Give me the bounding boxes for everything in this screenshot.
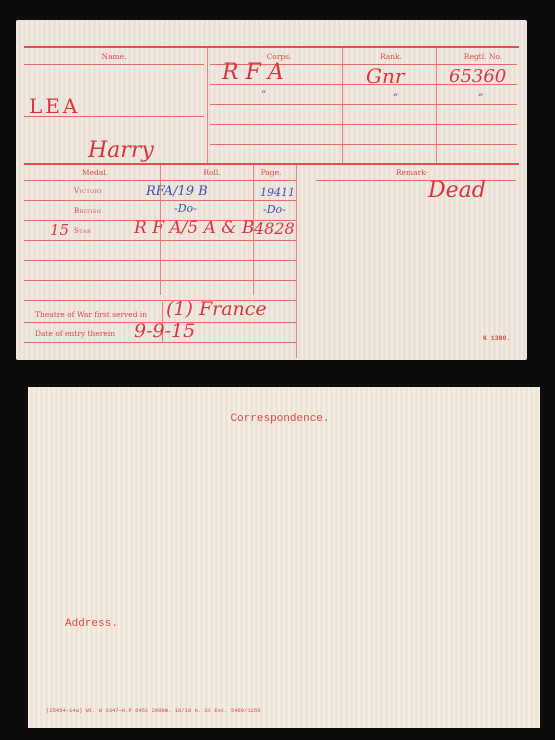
rule [210,144,517,145]
header-regtl-no: Regtl. No. [464,52,502,61]
medal-card-front: Name. Corps. Rank. Regtl. No. LEA Harry … [16,20,527,360]
remarks-value: Dead [428,178,486,203]
medal-british-label: British [74,207,101,215]
rank-value: Gnr [366,64,404,88]
rule [24,64,204,65]
theatre-value: (1) France [166,298,267,320]
printer-imprint: (25454—14a) Wt. W 3347—H.P 6451 2000m. 1… [46,707,261,714]
divider [296,165,297,358]
rule [24,260,296,261]
surname: LEA [29,94,80,118]
medal-card-back: Correspondence. Address. (25454—14a) Wt.… [28,387,540,728]
divider [342,48,343,164]
header-medal: Medal. [82,168,108,177]
page-british: -Do- [263,203,286,216]
page-victory: 19411 [260,186,295,199]
rule [24,342,296,343]
page-star: 4828 [254,219,295,238]
header-remarks: Remark- [396,168,428,177]
rule [24,163,519,165]
rule [210,104,517,105]
header-roll: Roll. [203,168,220,177]
header-page: Page. [261,168,282,177]
corps-ditto: ” [261,90,266,101]
medal-star-label: Star [74,227,91,235]
divider [436,48,437,164]
roll-star: R F A/5 A & B [134,218,254,238]
medal-victory-label: Victory [74,187,103,195]
address-label: Address. [65,618,118,630]
corps-value: R F A [222,60,284,85]
rule [210,124,517,125]
roll-british: -Do- [174,202,197,215]
rule [24,180,296,181]
regtl-no-ditto: ” [478,93,483,104]
rank-ditto: ” [393,93,398,104]
rule [316,180,516,181]
header-rank: Rank. [380,52,402,61]
date-label: Date of entry therein [35,329,115,338]
rule [24,280,296,281]
rule [24,46,519,48]
theatre-label: Theatre of War first served in [35,310,147,319]
correspondence-title: Correspondence. [230,413,329,425]
date-value: 9-9-15 [134,320,195,342]
header-name: Name. [102,52,127,61]
roll-victory: RFA/19 B [146,184,208,199]
form-code: K 1380. [483,335,510,342]
rule [24,240,296,241]
forename: Harry [88,138,154,163]
rule [24,200,296,201]
star-prefix: 15 [50,221,69,239]
regtl-no-value: 65360 [449,66,506,87]
divider [207,48,208,164]
